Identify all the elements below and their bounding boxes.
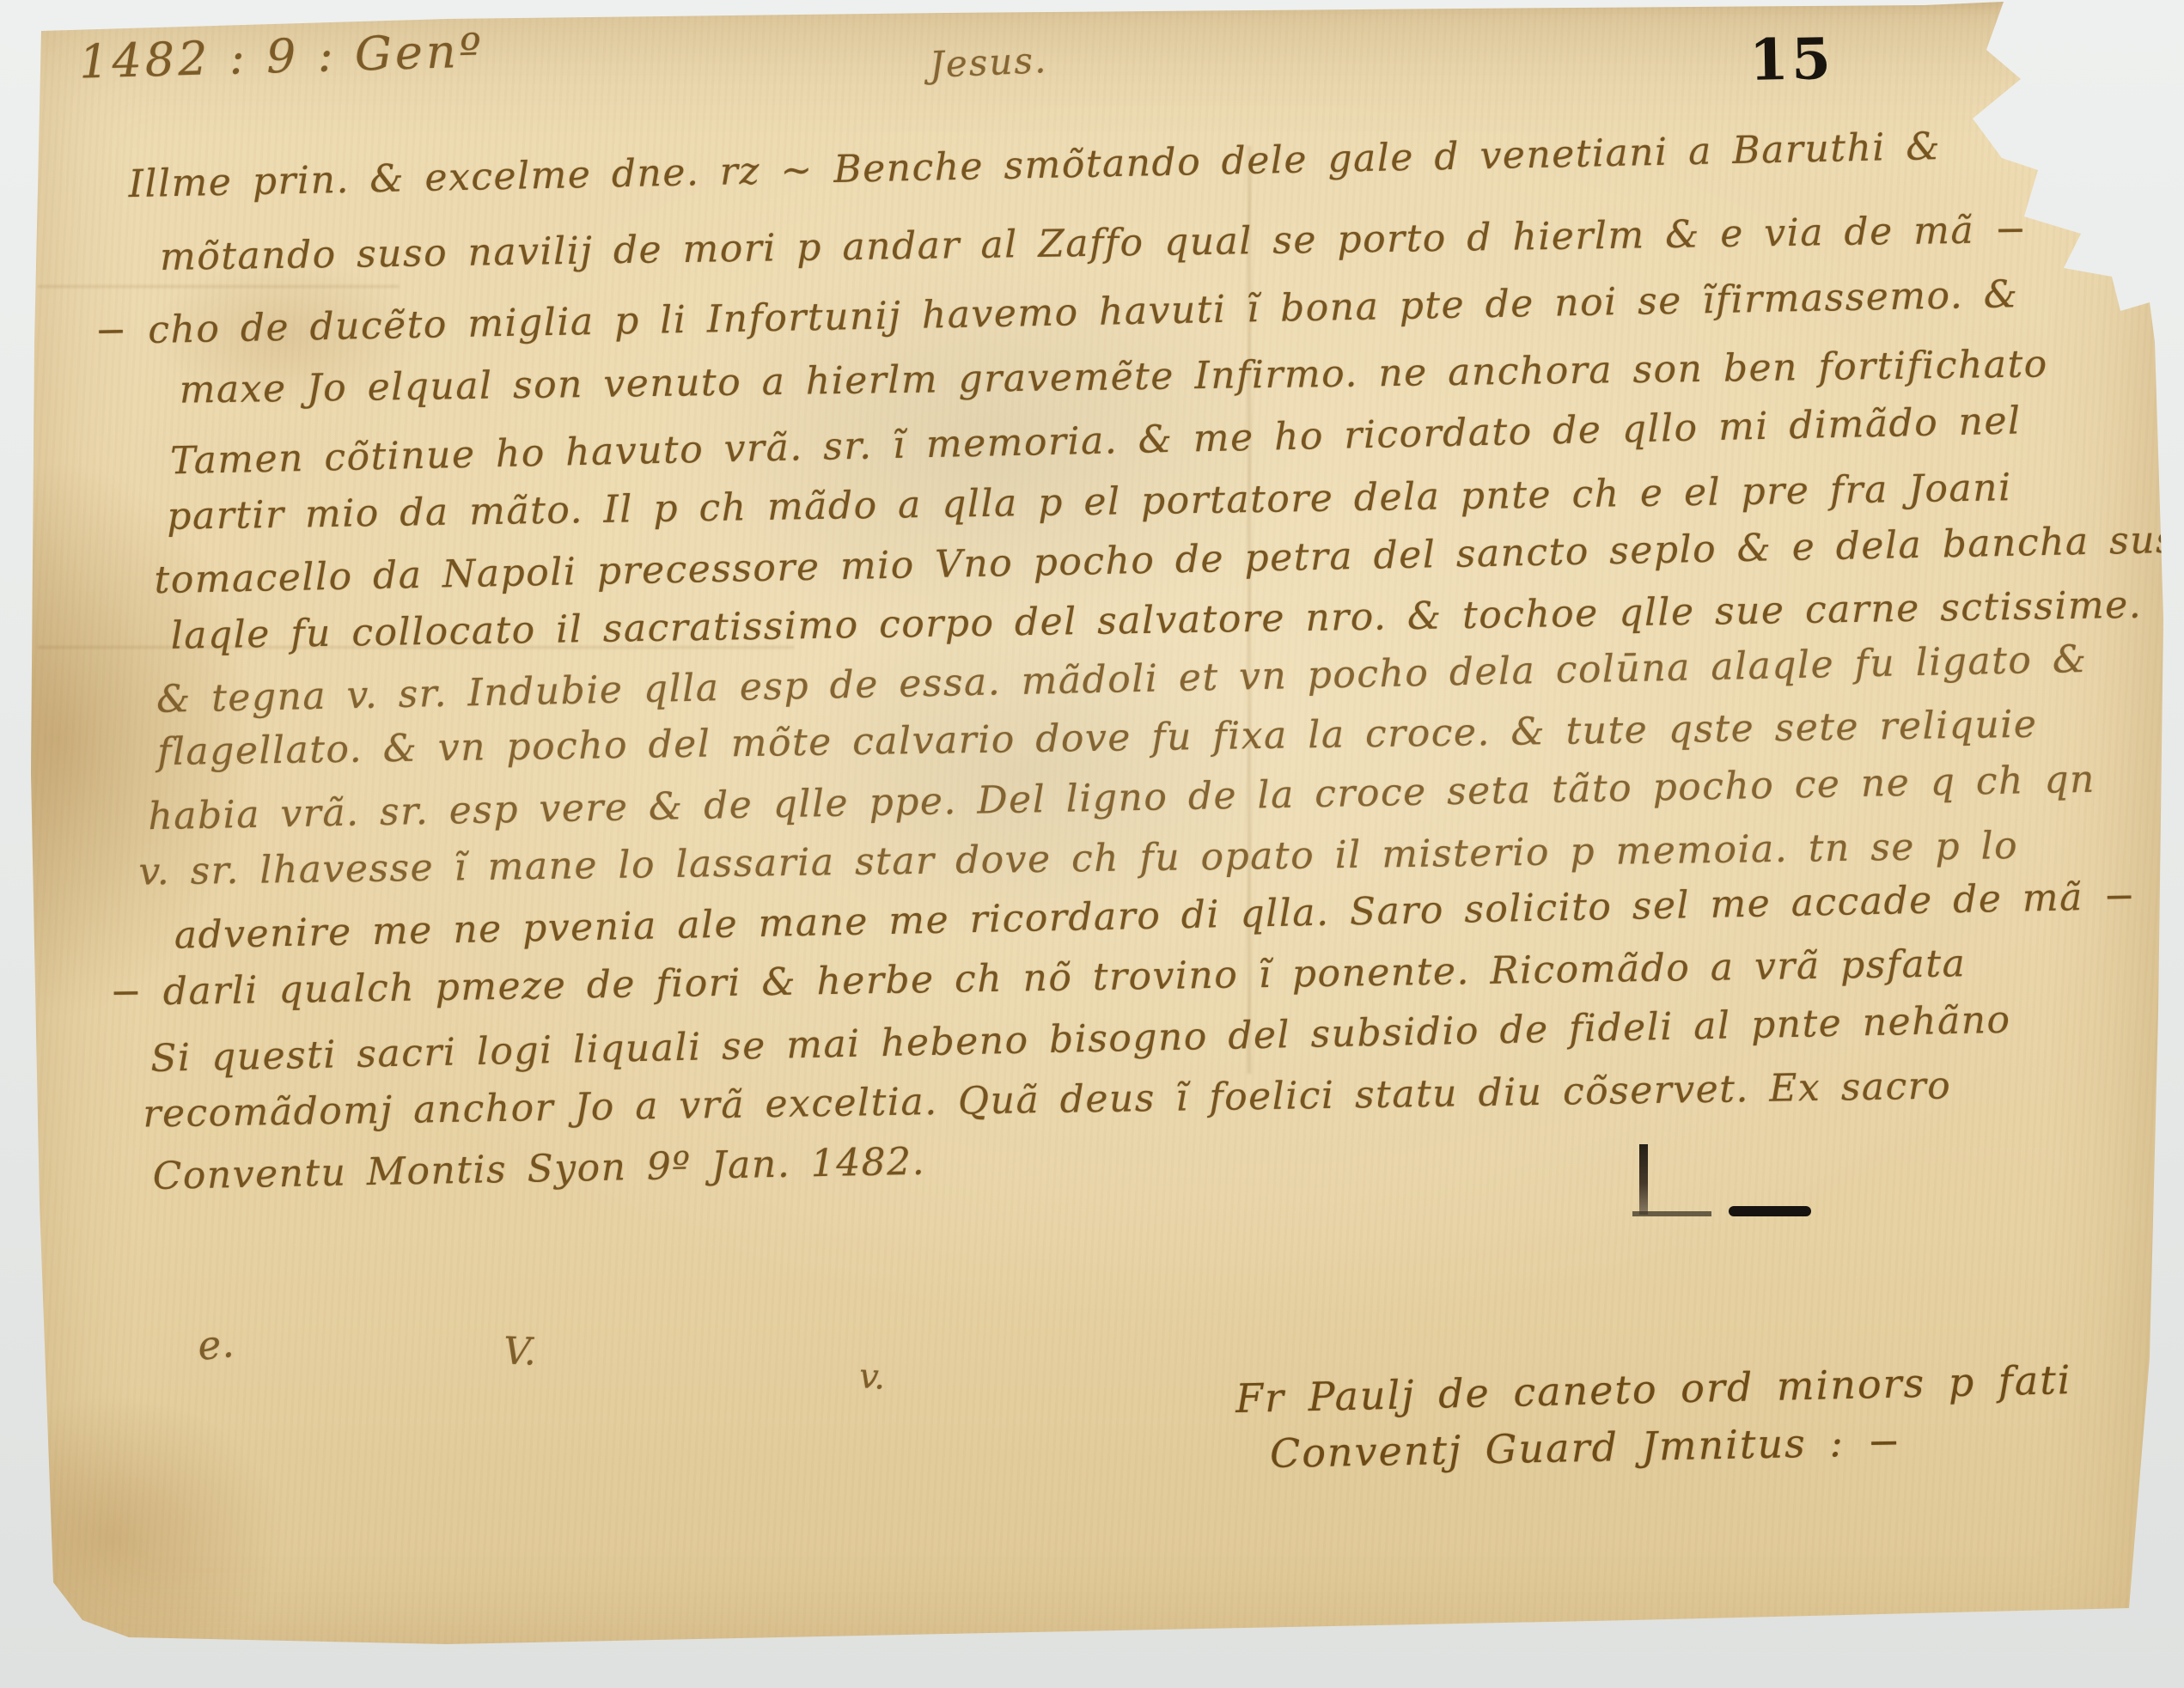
manuscript-line: mõtando suso navilij de mori p andar al … (160, 211, 2028, 277)
notary-flourish-mark: v. (858, 1356, 887, 1398)
ink-registrar-mark (1729, 1206, 1811, 1216)
manuscript-line: flagellato. & vn pocho del mõte calvario… (157, 706, 2038, 771)
manuscript-line: − darli qualch pmeze de fiori & herbe ch… (110, 945, 1967, 1012)
notary-flourish-mark: V. (503, 1329, 537, 1374)
scan-background: 1482 : 9 : Genº Jesus. 15 Illme prin. & … (0, 0, 2184, 1688)
manuscript-line: maxe Jo elqual son venuto a hierlm grave… (179, 345, 2048, 409)
manuscript-line: − cho de ducẽto miglia p li Infortunij h… (95, 276, 2019, 350)
manuscript-line: Tamen cõtinue ho havuto vrã. sr. ĩ memor… (170, 402, 2022, 480)
ink-registrar-mark (1632, 1211, 1711, 1216)
manuscript-line: Illme prin. & excelme dne. rz ∼ Benche s… (128, 128, 1941, 204)
ink-registrar-mark (1639, 1144, 1648, 1215)
manuscript-line: recomãdomj anchor Jo a vrã exceltia. Quã… (143, 1067, 1951, 1133)
manuscript-line: habia vrã. sr. esp vere & de qlle ppe. D… (148, 761, 2096, 837)
notary-flourish-mark: e. (195, 1319, 235, 1369)
manuscript-dateline: Conventu Montis Syon 9º Jan. 1482. (152, 1143, 925, 1196)
paper-sheet: 1482 : 9 : Genº Jesus. 15 Illme prin. & … (0, 0, 2184, 1688)
